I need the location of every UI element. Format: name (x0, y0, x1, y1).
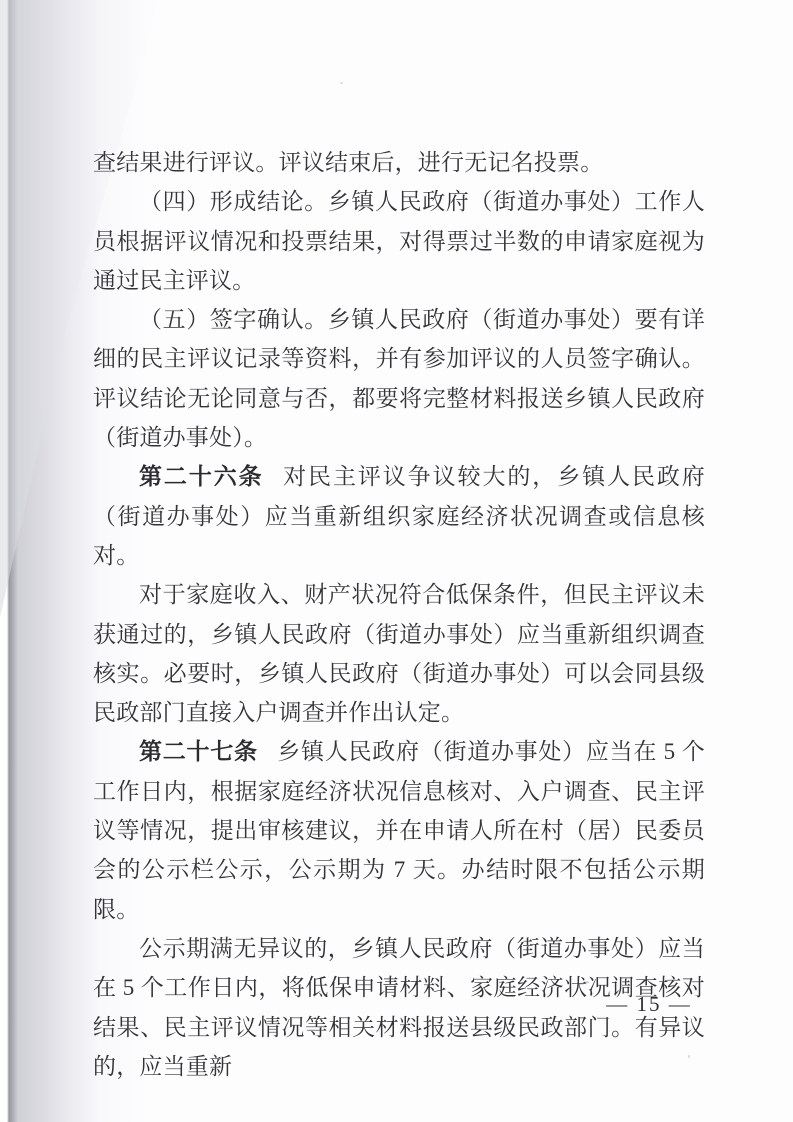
paragraph-text: 乡镇人民政府（街道办事处）应当在 5 个工作日内，根据家庭经济状况信息核对、入户… (93, 739, 705, 921)
paragraph: 第二十七条乡镇人民政府（街道办事处）应当在 5 个工作日内，根据家庭经济状况信息… (93, 732, 705, 928)
paragraph: 查结果进行评议。评议结束后，进行无记名投票。 (93, 143, 705, 182)
article-number: 第二十六条 (139, 463, 264, 489)
paragraph-text: （四）形成结论。乡镇人民政府（街道办事处）工作人员根据评议情况和投票结果，对得票… (93, 189, 705, 293)
document-body: 查结果进行评议。评议结束后，进行无记名投票。（四）形成结论。乡镇人民政府（街道办… (93, 143, 705, 1086)
paragraph: 第二十六条对民主评议争议较大的，乡镇人民政府（街道办事处）应当重新组织家庭经济状… (93, 457, 705, 575)
paragraph: （四）形成结论。乡镇人民政府（街道办事处）工作人员根据评议情况和投票结果，对得票… (93, 182, 705, 300)
paragraph-text: 对于家庭收入、财产状况符合低保条件，但民主评议未获通过的，乡镇人民政府（街道办事… (93, 582, 705, 725)
scan-speck (340, 82, 343, 84)
paragraph: 对于家庭收入、财产状况符合低保条件，但民主评议未获通过的，乡镇人民政府（街道办事… (93, 575, 705, 732)
article-number: 第二十七条 (139, 738, 258, 764)
paragraph-text: （五）签字确认。乡镇人民政府（街道办事处）要有详细的民主评议记录等资料，并有参加… (93, 307, 705, 450)
scanned-document-page: 查结果进行评议。评议结束后，进行无记名投票。（四）形成结论。乡镇人民政府（街道办… (0, 0, 793, 1122)
paragraph: （五）签字确认。乡镇人民政府（街道办事处）要有详细的民主评议记录等资料，并有参加… (93, 300, 705, 457)
paragraph-text: 查结果进行评议。评议结束后，进行无记名投票。 (93, 150, 603, 175)
page-number: — 15 — (604, 992, 694, 1017)
